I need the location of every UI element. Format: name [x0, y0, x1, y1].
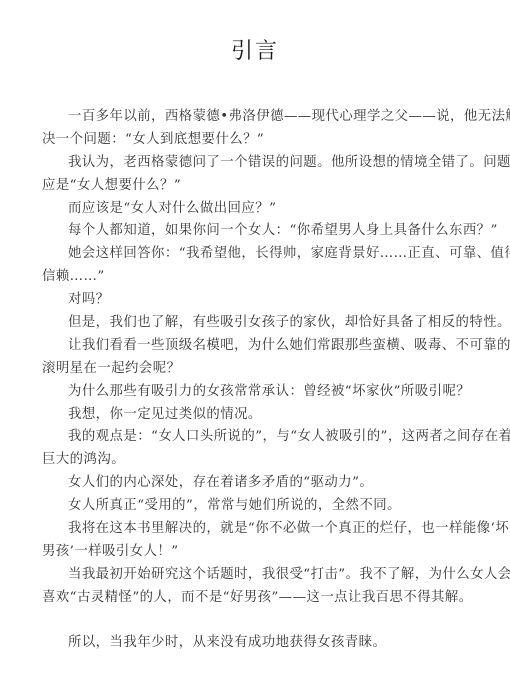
blank-line — [42, 610, 454, 633]
text-line: 滚明星在一起约会呢？ — [42, 358, 454, 381]
text-line: 当我最初开始研究这个话题时，我很受“打击”。我不了解，为什么女人会 — [42, 564, 454, 587]
text-line: 女人所真正“受用的”，常常与她们所说的，全然不同。 — [42, 495, 454, 518]
text-line: 每个人都知道，如果你问一个女人：“你希望男人身上具备什么东西？” — [42, 220, 454, 243]
text-line: 为什么那些有吸引力的女孩常常承认：曾经被“坏家伙”所吸引呢？ — [42, 381, 454, 404]
document-body: 一百多年以前，西格蒙德•弗洛伊德——现代心理学之父——说，他无法解决一个问题：“… — [42, 106, 454, 655]
text-line: 应是“女人想要什么？” — [42, 175, 454, 198]
text-line: 我想，你一定见过类似的情况。 — [42, 404, 454, 427]
text-line: 所以，当我年少时，从来没有成功地获得女孩青睐。 — [42, 632, 454, 655]
text-line: 我认为，老西格蒙德问了一个错误的问题。他所设想的情境全错了。问题不 — [42, 152, 454, 175]
text-line: 让我们看看一些顶级名模吧，为什么她们常跟那些蛮横、吸毒、不可靠的摇 — [42, 335, 454, 358]
text-line: 信赖……” — [42, 266, 454, 289]
text-line: 喜欢“古灵精怪”的人，而不是“好男孩”——这一点让我百思不得其解。 — [42, 587, 454, 610]
text-line: 巨大的鸿沟。 — [42, 449, 454, 472]
text-line: 但是，我们也了解，有些吸引女孩子的家伙，却恰好具备了相反的特性。 — [42, 312, 454, 335]
text-line: 她会这样回答你：“我希望他，长得帅，家庭背景好……正直、可靠、值得 — [42, 243, 454, 266]
document-page: 引言 一百多年以前，西格蒙德•弗洛伊德——现代心理学之父——说，他无法解决一个问… — [0, 0, 510, 677]
text-line: 女人们的内心深处，存在着诸多矛盾的“驱动力”。 — [42, 472, 454, 495]
page-title: 引言 — [0, 34, 510, 65]
text-line: 我的观点是：“女人口头所说的”，与“女人被吸引的”，这两者之间存在着 — [42, 426, 454, 449]
text-line: 我将在这本书里解决的，就是“你不必做一个真正的烂仔，也一样能像‘坏 — [42, 518, 454, 541]
text-line: 决一个问题：“女人到底想要什么？” — [42, 129, 454, 152]
text-line: 对吗？ — [42, 289, 454, 312]
text-line: 而应该是“女人对什么做出回应？” — [42, 198, 454, 221]
text-line: 男孩’一样吸引女人！” — [42, 541, 454, 564]
text-line: 一百多年以前，西格蒙德•弗洛伊德——现代心理学之父——说，他无法解 — [42, 106, 454, 129]
